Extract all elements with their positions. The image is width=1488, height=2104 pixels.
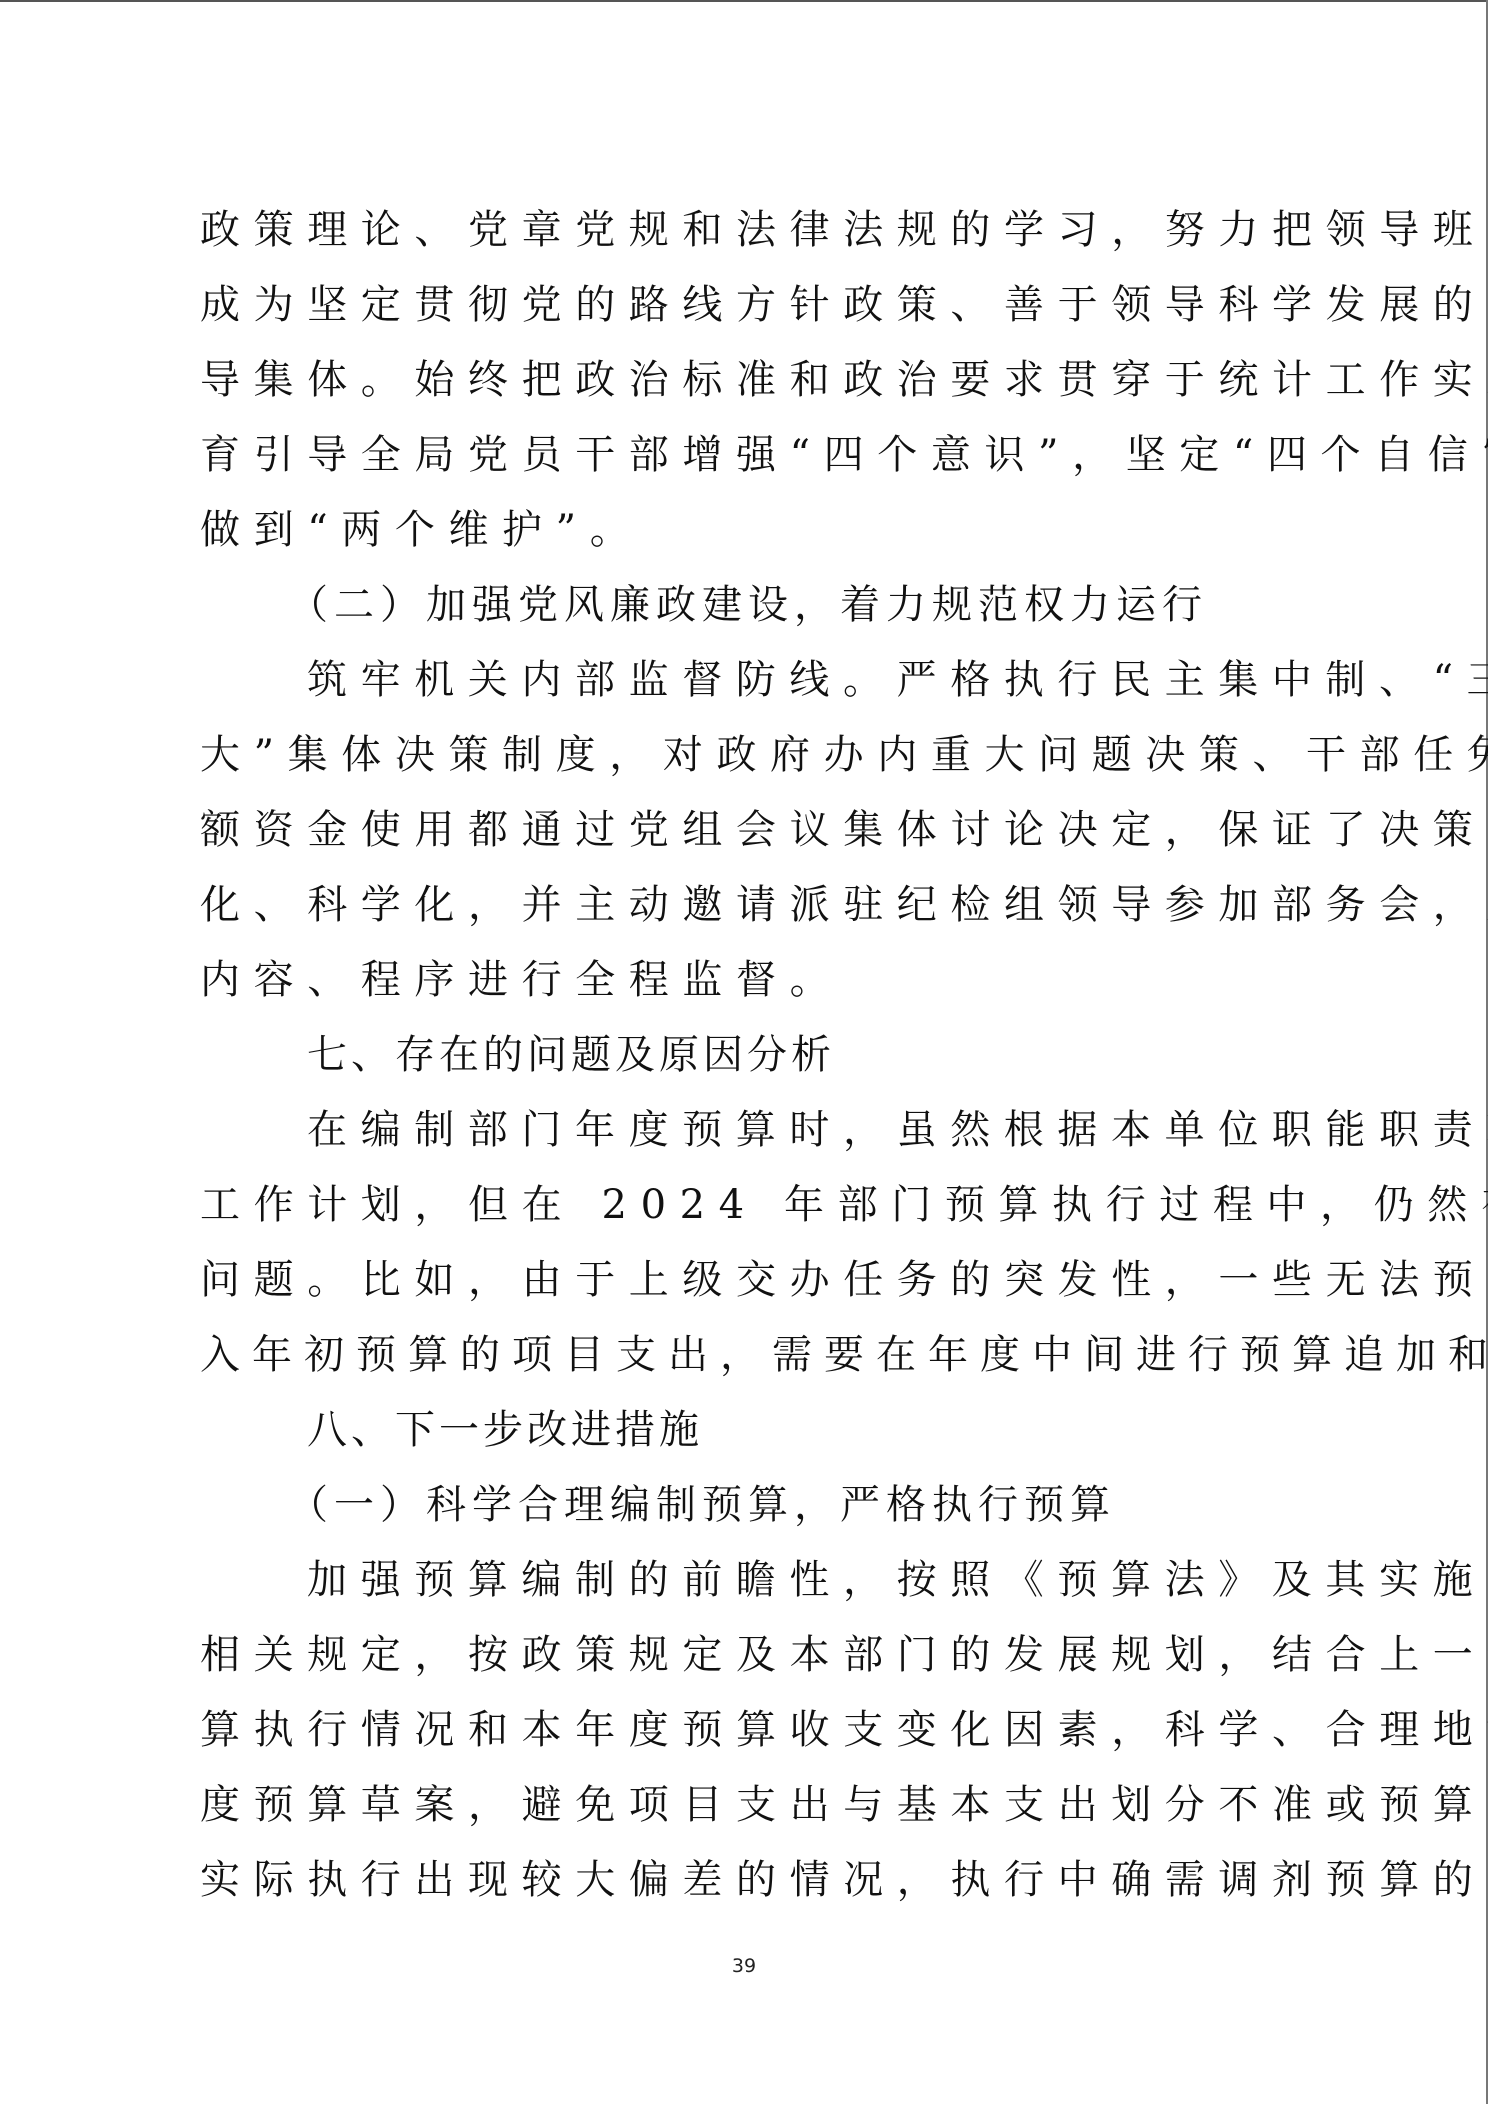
paragraph-line: 做到“两个维护”。 [200,493,1280,568]
document-body: 政策理论、党章党规和法律法规的学习，努力把领导班子建设 成为坚定贯彻党的路线方针… [200,193,1280,1918]
paragraph-line: 实际执行出现较大偏差的情况，执行中确需调剂预算的，按规 [200,1843,1280,1918]
paragraph-line: 入年初预算的项目支出，需要在年度中间进行预算追加和调整。 [200,1318,1280,1393]
paragraph-line: 筑牢机关内部监督防线。严格执行民主集中制、“三重一 [200,643,1280,718]
section-heading-improvements: 八、下一步改进措施 [200,1393,1280,1468]
section-heading-problems: 七、存在的问题及原因分析 [200,1018,1280,1093]
paragraph-line: 度预算草案，避免项目支出与基本支出划分不准或预算支出与 [200,1768,1280,1843]
subheading-budget-preparation: （一）科学合理编制预算，严格执行预算 [200,1468,1280,1543]
subheading-strengthen-integrity: （二）加强党风廉政建设，着力规范权力运行 [200,568,1280,643]
paragraph-line: 在编制部门年度预算时，虽然根据本单位职能职责和年度 [200,1093,1280,1168]
paragraph-line: 额资金使用都通过党组会议集体讨论决定，保证了决策的民主 [200,793,1280,868]
paragraph-line: 成为坚定贯彻党的路线方针政策、善于领导科学发展的坚强领 [200,268,1280,343]
paragraph-line: 加强预算编制的前瞻性，按照《预算法》及其实施条例的 [200,1543,1280,1618]
paragraph-line: 工作计划，但在 2024 年部门预算执行过程中，仍然存在以下 [200,1168,1280,1243]
paragraph-line: 育引导全局党员干部增强“四个意识”，坚定“四个自信”， [200,418,1280,493]
paragraph-line: 内容、程序进行全程监督。 [200,943,1280,1018]
paragraph-line: 政策理论、党章党规和法律法规的学习，努力把领导班子建设 [200,193,1280,268]
paragraph-line: 大”集体决策制度，对政府办内重大问题决策、干部任免、大 [200,718,1280,793]
page-top-border [0,0,1488,2]
paragraph-line: 导集体。始终把政治标准和政治要求贯穿于统计工作实践，教 [200,343,1280,418]
page-number: 39 [0,1955,1488,1977]
paragraph-line: 问题。比如，由于上级交办任务的突发性，一些无法预计和列 [200,1243,1280,1318]
paragraph-line: 相关规定，按政策规定及本部门的发展规划，结合上一年度预 [200,1618,1280,1693]
paragraph-line: 化、科学化，并主动邀请派驻纪检组领导参加部务会，对议事 [200,868,1280,943]
paragraph-line: 算执行情况和本年度预算收支变化因素，科学、合理地编制年 [200,1693,1280,1768]
